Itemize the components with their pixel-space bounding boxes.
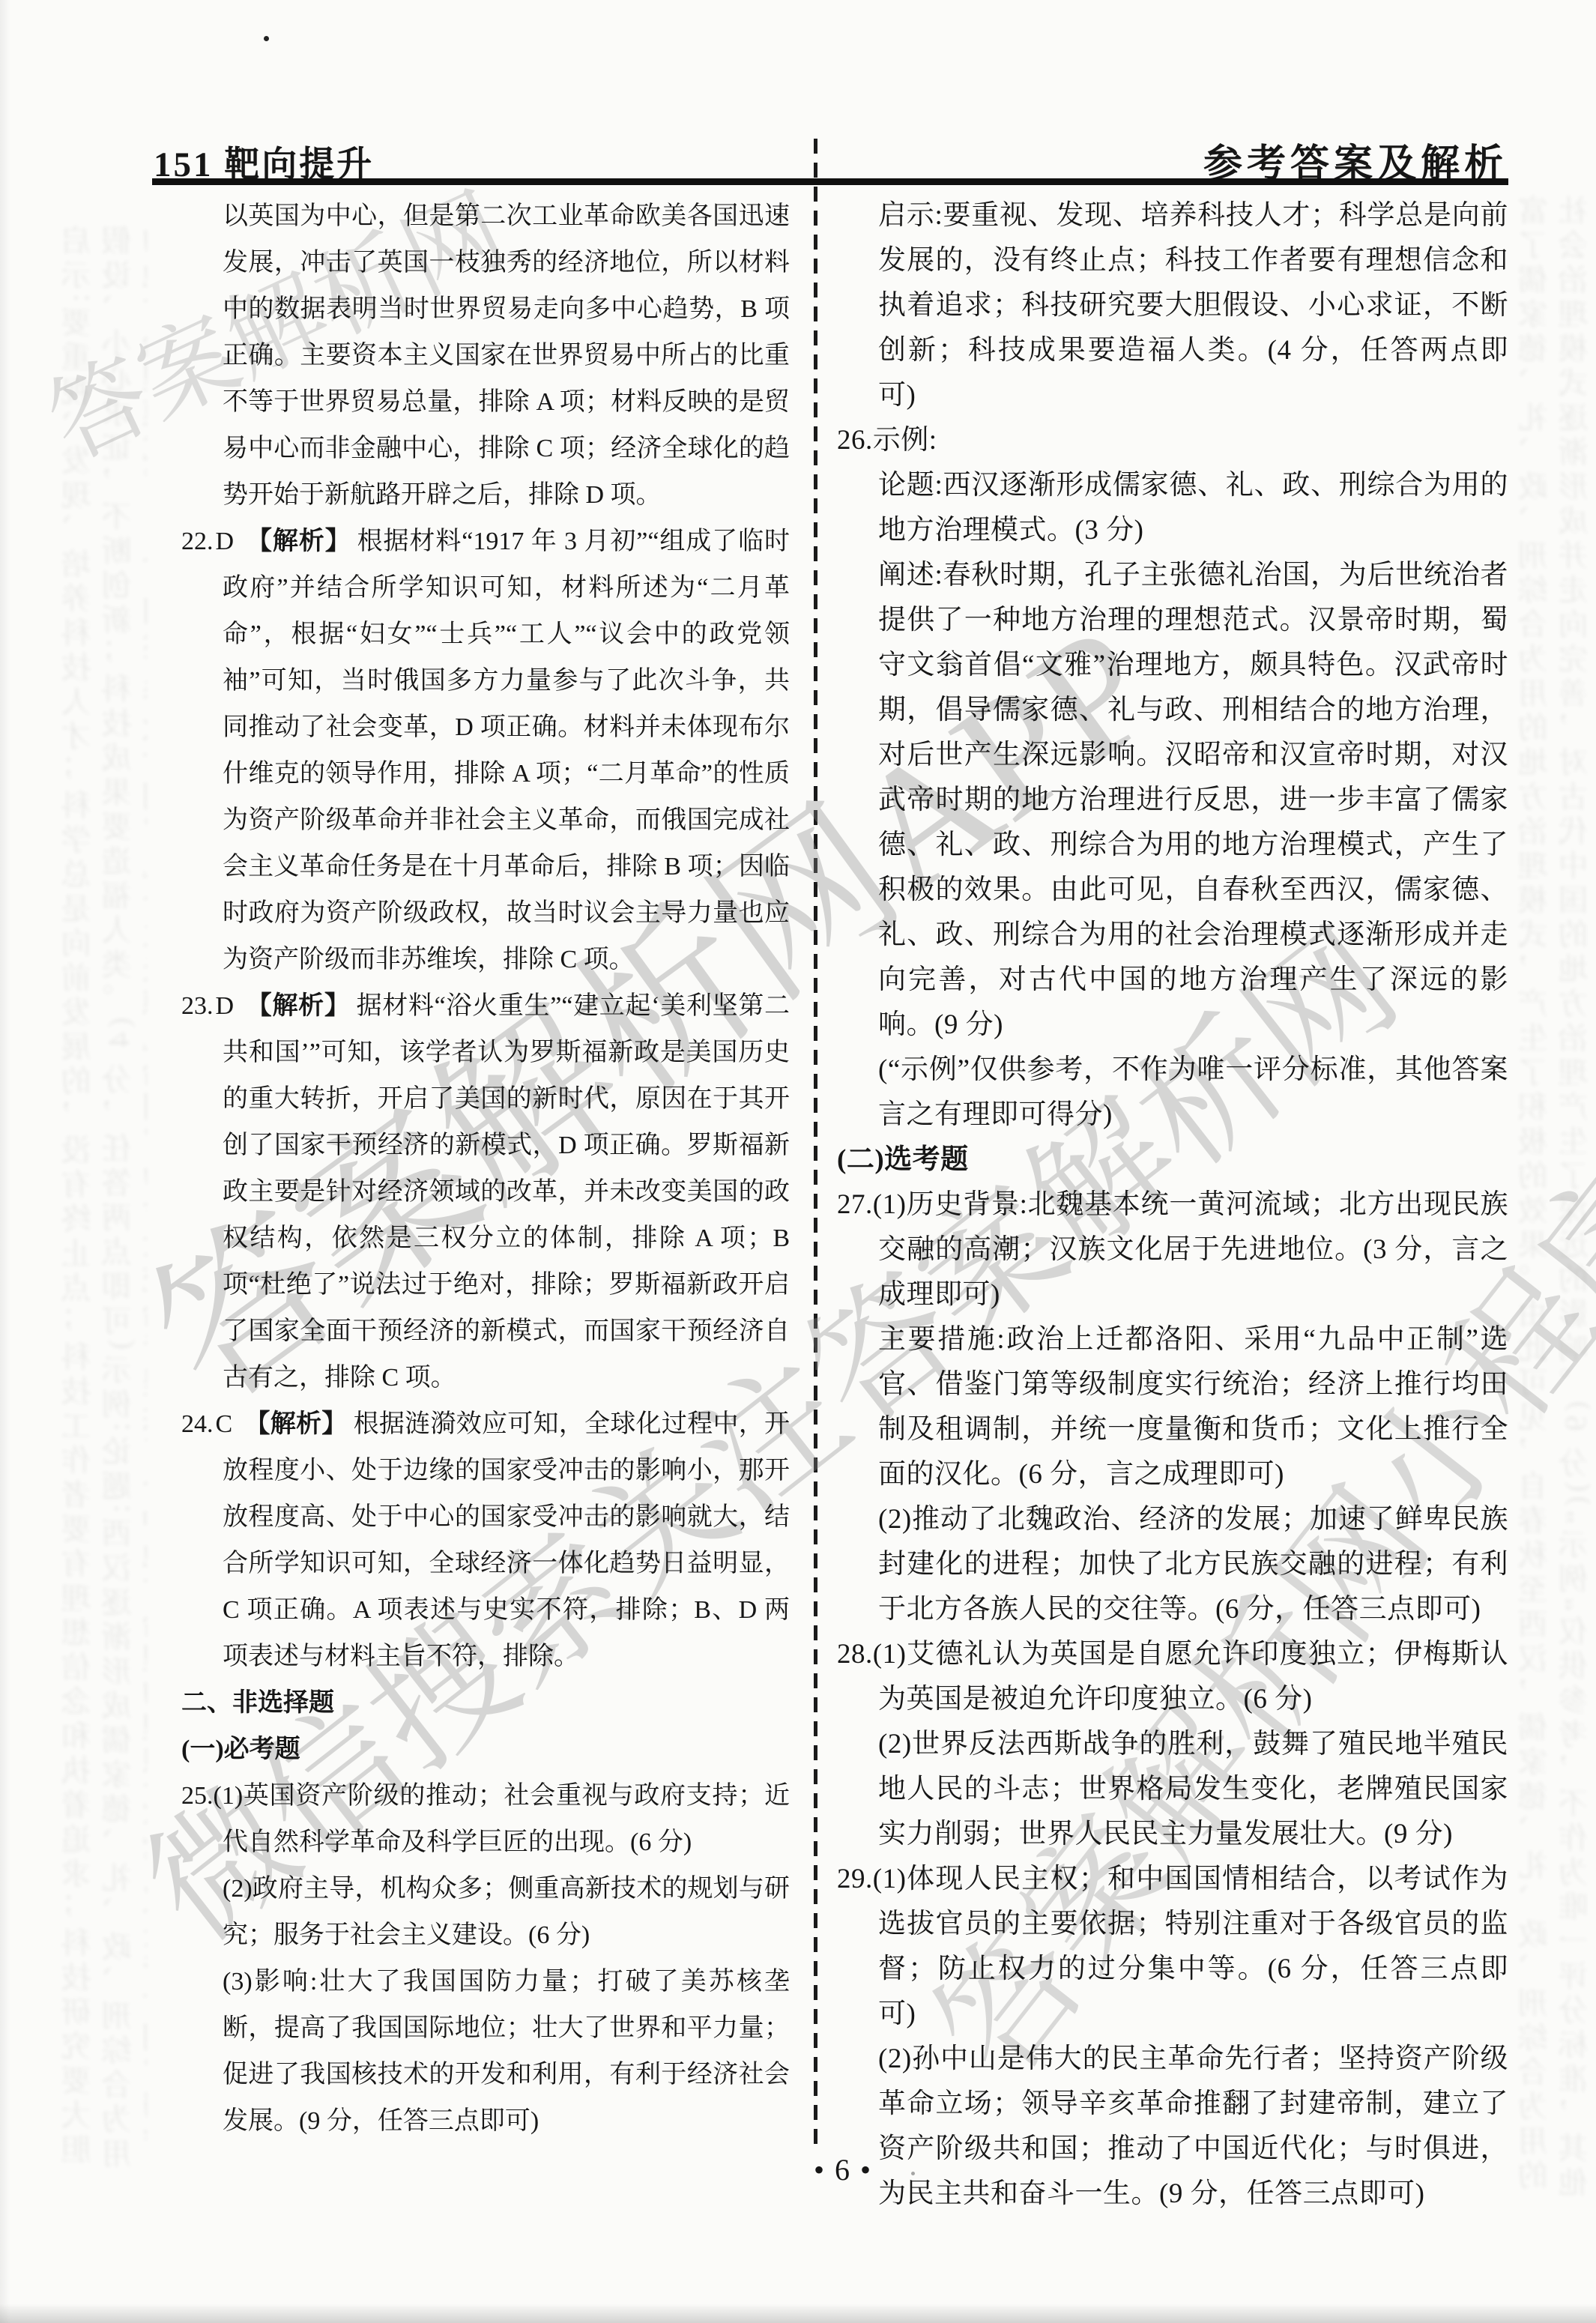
column-divider [814, 139, 817, 2147]
item-number: 25. [181, 1782, 214, 1810]
answers-right-column: 启示:要重视、发现、培养科技人才；科学总是向前发展的，没有终止点；科技工作者要有… [837, 193, 1508, 2217]
answer-letter: D [216, 528, 235, 555]
answer-item: 24.C【解析】根据涟漪效应可知，全球化过程中，开放程度小、处于边缘的国家受冲击… [223, 1401, 790, 1680]
answer-continuation: 以英国为中心，但是第二次工业革命欧美各国迅速发展，冲击了英国一枝独秀的经济地位，… [223, 193, 790, 519]
analysis-label: 【解析】 [244, 1410, 347, 1438]
answer-subitem: (2)政府主导，机构众多；侧重高新技术的规划与研究；服务于社会主义建设。(6 分… [223, 1866, 790, 1959]
scan-edge [0, 0, 10, 2323]
answer-item: 22.D【解析】根据材料“1917 年 3 月初”“组成了临时政府”并结合所学知… [223, 519, 790, 983]
item-number: 26. [837, 425, 873, 456]
section-heading: 二、非选择题 [181, 1680, 790, 1727]
answer-continuation: 启示:要重视、发现、培养科技人才；科学总是向前发展的，没有终止点；科技工作者要有… [878, 193, 1508, 418]
answer-subitem: (3)影响:壮大了我国国防力量；打破了美苏核垄断，提高了我国国际地位；壮大了世界… [223, 1959, 790, 2145]
answer-item: 25.(1)英国资产阶级的推动；社会重视与政府支持；近代自然科学革命及科学巨匠的… [223, 1773, 790, 1866]
answer-subitem: 主要措施:政治上迁都洛阳、采用“九品中正制”选官、借鉴门第等级制度实行统治；经济… [878, 1317, 1508, 1497]
answer-subitem: (2)推动了北魏政治、经济的发展；加速了鲜卑民族封建化的进程；加快了北方民族交融… [878, 1497, 1508, 1632]
answer-subitem: (“示例”仅供参考，不作为唯一评分标准，其他答案言之有理即可得分) [878, 1048, 1508, 1138]
answers-left-column: 以英国为中心，但是第二次工业革命欧美各国迅速发展，冲击了英国一枝独秀的经济地位，… [181, 193, 790, 2145]
answer-letter: C [216, 1410, 233, 1438]
answer-item: 23.D【解析】据材料“浴火重生”“建立起‘美利坚第二共和国’”可知，该学者认为… [223, 983, 790, 1401]
item-number: 27. [837, 1189, 873, 1220]
print-bleed-through-right: 富了儒家德、礼、政、刑综合为用的地方治理模式，产生了积极的效果。由此可见，自春秋… [1515, 195, 1590, 2203]
answer-item: 27.(1)历史背景:北魏基本统一黄河流域；北方出现民族交融的高潮；汉族文化居于… [878, 1182, 1508, 1317]
header-rule [152, 178, 1508, 185]
answer-subitem: (2)孙中山是伟大的民主革命先行者；坚持资产阶级革命立场；领导辛亥革命推翻了封建… [878, 2037, 1508, 2217]
answer-letter: D [216, 992, 235, 1020]
item-number: 22. [181, 528, 214, 555]
answer-subitem: 阐述:春秋时期，孔子主张德礼治国，为后世统治者提供了一种地方治理的理想范式。汉景… [878, 553, 1508, 1048]
answer-subitem: (2)世界反法西斯战争的胜利，鼓舞了殖民地半殖民地人民的斗志；世界格局发生变化，… [878, 1722, 1508, 1857]
section-heading: (一)必考题 [181, 1727, 790, 1773]
analysis-label: 【解析】 [246, 992, 351, 1020]
scan-edge [0, 2304, 1596, 2323]
item-number: 23. [181, 992, 214, 1020]
analysis-label: 【解析】 [246, 528, 351, 555]
scan-speck [264, 36, 269, 41]
item-number: 24. [181, 1410, 214, 1438]
answer-item: 28.(1)艾德礼认为英国是自愿允许印度独立；伊梅斯认为英国是被迫允许印度独立。… [878, 1632, 1508, 1722]
page-number: • 6 • [772, 2152, 914, 2187]
answer-subitem: 论题:西汉逐渐形成儒家德、礼、政、刑综合为用的地方治理模式。(3 分) [878, 463, 1508, 553]
scanned-answer-page: 答案解析网答案解析网APP微信搜索关注答案解析网答案解析网小程序 启示:要重视、… [0, 0, 1596, 2323]
answer-item: 29.(1)体现人民主权；和中国国情相结合，以考试作为选拔官员的主要依据；特别注… [878, 1857, 1508, 2037]
item-number: 29. [837, 1864, 873, 1894]
answer-item: 26.示例: [878, 418, 1508, 463]
print-bleed-through-left: 启示:要重视、发现、培养科技人才；科学总是向前发展的，没有终止点；科技工作者要有… [58, 225, 147, 2173]
section-heading: (二)选考题 [837, 1138, 1508, 1182]
item-number: 28. [837, 1639, 873, 1670]
